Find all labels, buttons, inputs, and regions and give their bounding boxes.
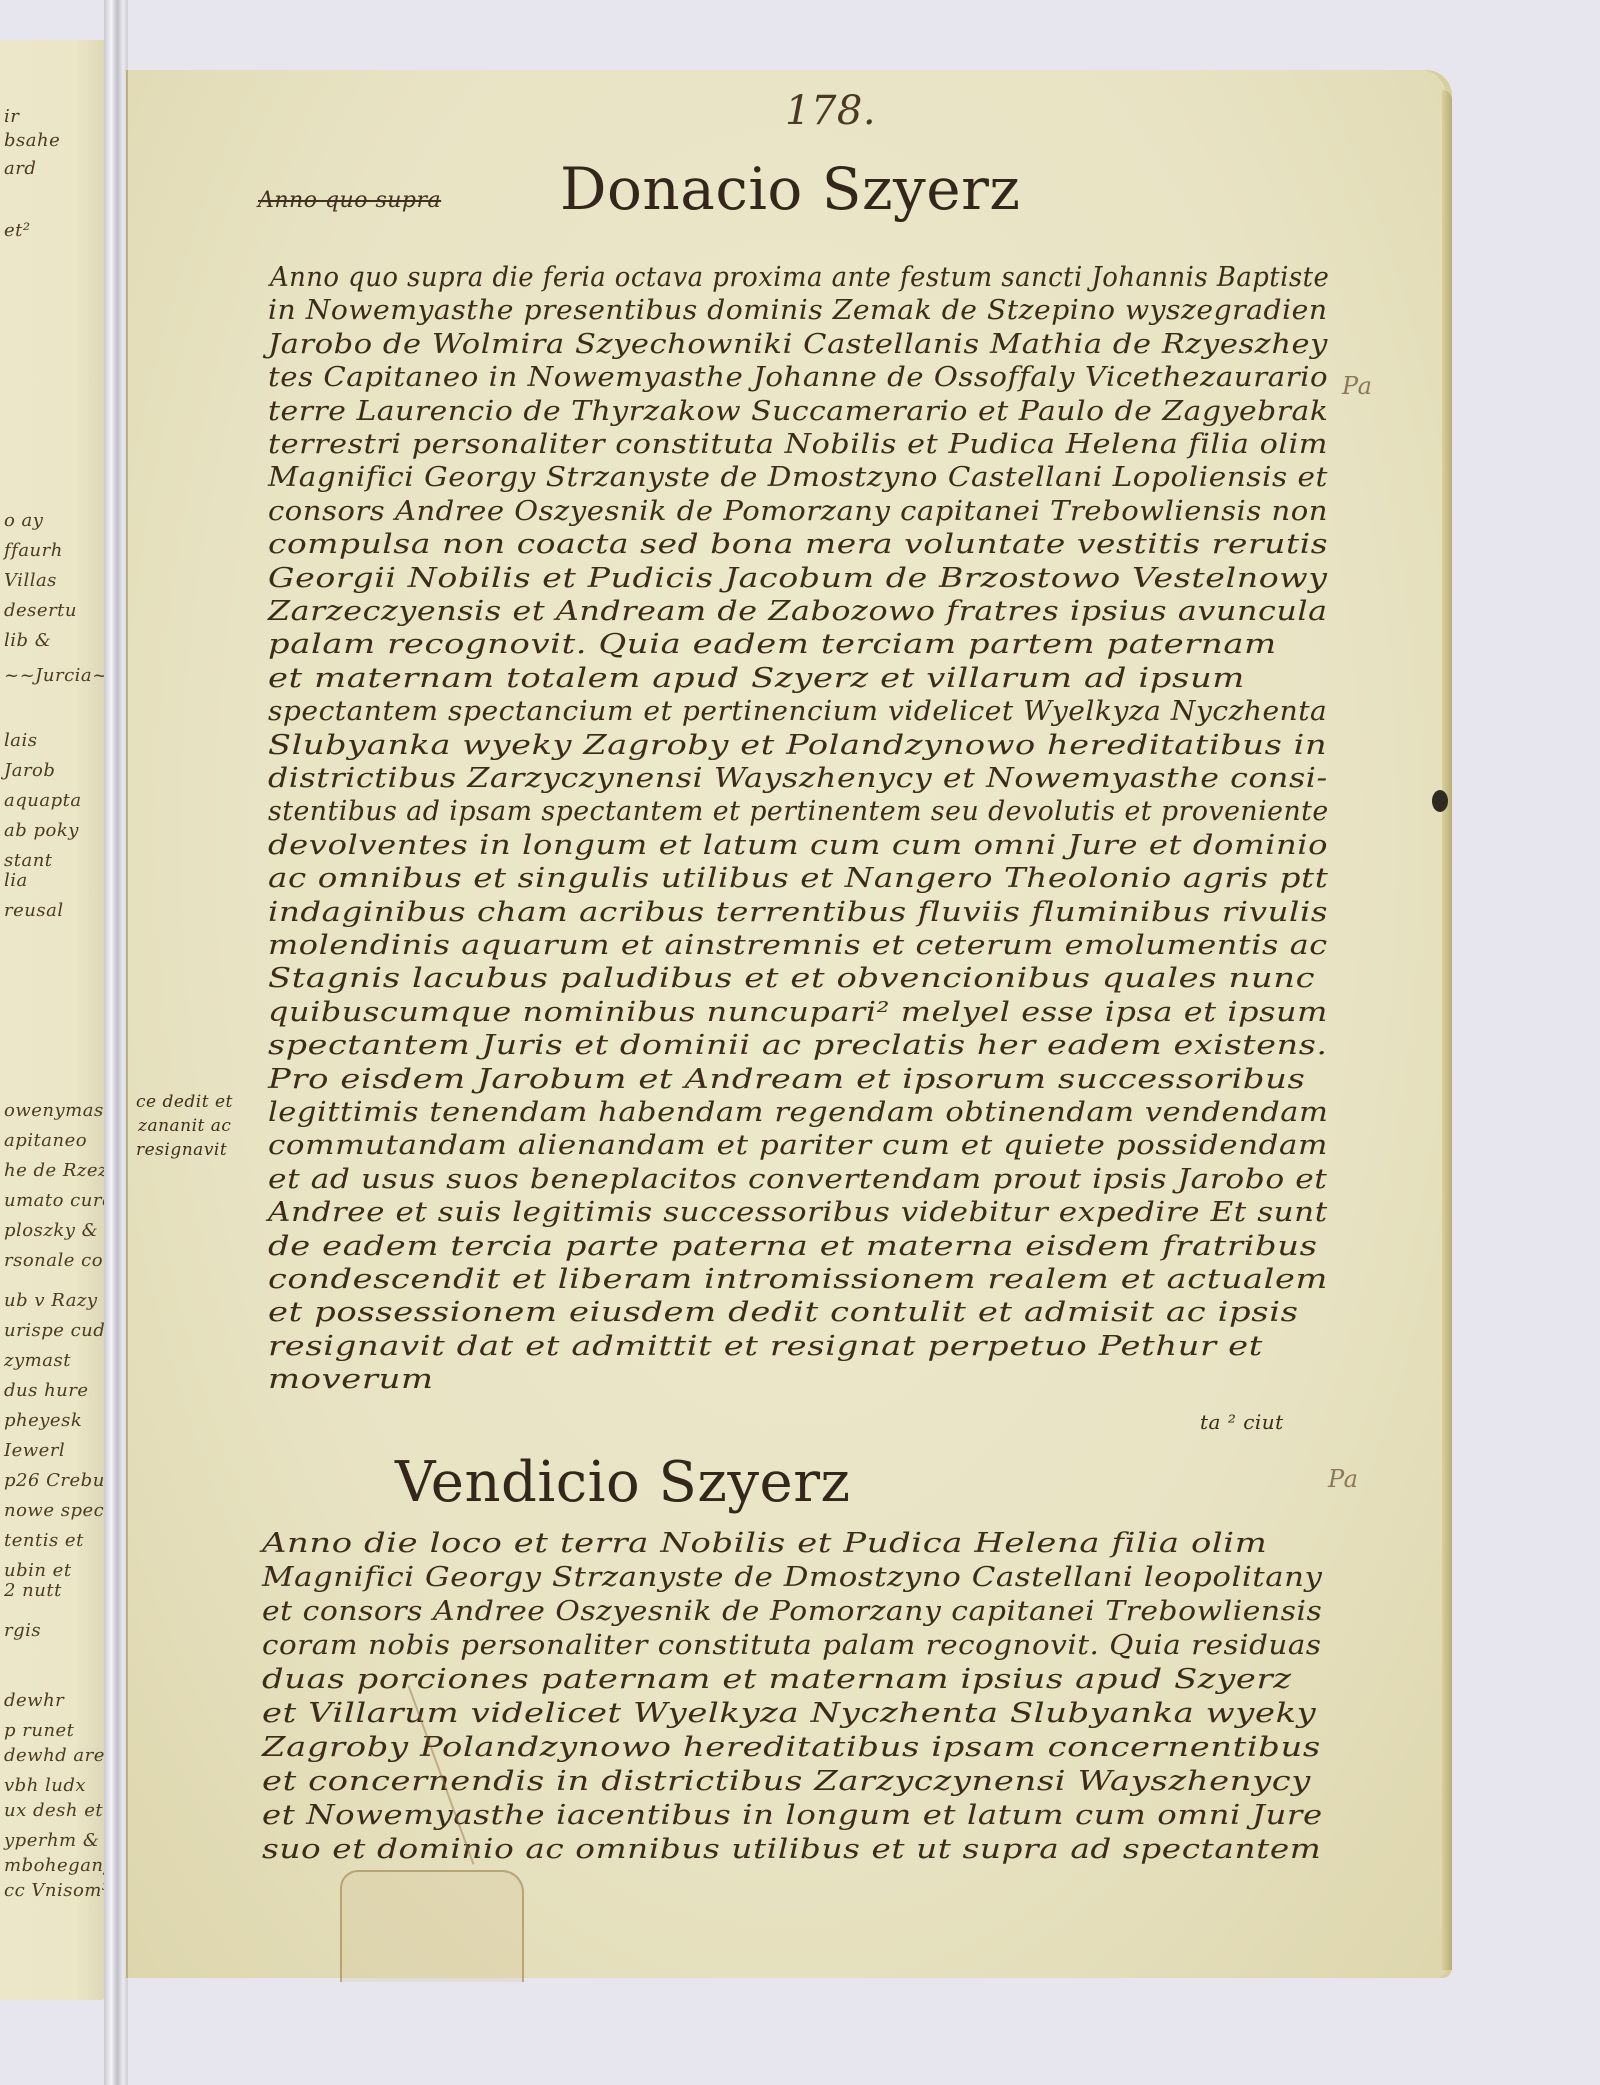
right-margin-mark-1: Pa — [1342, 372, 1372, 400]
left-page-margin-line: pheyesk — [4, 1410, 82, 1431]
left-page-margin-line: stant — [4, 850, 53, 871]
entry-1-line: Stagnis lacubus paludibus et et obvencio… — [268, 963, 1315, 994]
left-page-margin-line: umato cure — [4, 1190, 113, 1211]
margin-note-3: resignavit — [136, 1140, 227, 1160]
entry-1-line: compulsa non coacta sed bona mera volunt… — [268, 529, 1328, 560]
entry-1-line: Slubyanka wyeky Zagroby et Polandzynowo … — [268, 730, 1327, 761]
left-page-margin-line: Iewerl — [4, 1440, 65, 1461]
entry-1-line: molendinis aquarum et ainstremnis et cet… — [268, 930, 1328, 961]
left-page-margin-line: lib & — [4, 630, 51, 651]
left-page-margin-line: dewhr — [4, 1690, 64, 1711]
margin-note-2: zananit ac — [138, 1116, 231, 1136]
left-page-margin-line: p runet — [4, 1720, 74, 1741]
entry-1-line: condescendit et liberam intromissionem r… — [268, 1264, 1328, 1295]
left-page: irbsaheardet²o ayffaurhVillasdesertulib … — [0, 40, 108, 2000]
entry-1-line: et maternam totalem apud Szyerz et villa… — [268, 663, 1245, 694]
entry-1-line: in Nowemyasthe presentibus dominis Zemak… — [268, 295, 1327, 326]
left-page-margin-line: bsahe — [4, 130, 60, 151]
left-page-margin-line: reusal — [4, 900, 64, 921]
left-page-margin-line: cc Vnisom³⁰ — [4, 1880, 117, 1901]
entry-2-line: Magnifici Georgy Strzanyste de Dmostzyno… — [262, 1562, 1323, 1593]
left-page-margin-line: ub v Razy — [4, 1290, 98, 1311]
entry-1-line: quibuscumque nominibus nuncupari² melyel… — [268, 997, 1328, 1028]
left-page-margin-line: he de Rzeze — [4, 1160, 119, 1181]
left-page-margin-line: lia — [4, 870, 28, 891]
margin-note-1: ce dedit et — [136, 1092, 233, 1112]
left-page-margin-line: ard — [4, 158, 36, 179]
left-page-margin-line: ir — [4, 106, 19, 127]
entry-1-line: districtibus Zarzyczynensi Wayszhenycy e… — [268, 763, 1328, 794]
entry-1-line: Jarobo de Wolmira Szyechowniki Castellan… — [268, 329, 1328, 360]
left-page-margin-line: rgis — [4, 1620, 41, 1641]
left-page-margin-line: Villas — [4, 570, 57, 591]
entry-1-line: indaginibus cham acribus terrentibus flu… — [268, 897, 1328, 928]
entry-2-line: Zagroby Polandzynowo hereditatibus ipsam… — [262, 1732, 1321, 1763]
left-page-margin-line: ploszky & — [4, 1220, 98, 1241]
entry-1-line: terrestri personaliter constituta Nobili… — [268, 429, 1328, 460]
folio-number: 178. — [785, 88, 876, 134]
left-page-margin-line: ubin et — [4, 1560, 72, 1581]
entry-2-line: duas porciones paternam et maternam ipsi… — [262, 1664, 1292, 1695]
left-page-margin-line: tentis et — [4, 1530, 84, 1551]
entry-1-line: Anno quo supra die feria octava proxima … — [270, 262, 1329, 293]
entry-2-line: Anno die loco et terra Nobilis et Pudica… — [262, 1528, 1267, 1559]
entry-2-line: et concernendis in districtibus Zarzyczy… — [262, 1766, 1311, 1797]
left-page-margin-line: vbh ludx — [4, 1775, 86, 1796]
entry-1-line: et ad usus suos beneplacitos convertenda… — [268, 1164, 1327, 1195]
entry-2-line: et consors Andree Oszyesnik de Pomorzany… — [262, 1596, 1322, 1627]
entry-2-line: coram nobis personaliter constituta pala… — [262, 1630, 1321, 1661]
entry-1-line: et possessionem eiusdem dedit contulit e… — [268, 1297, 1299, 1328]
entry-1-line: consors Andree Oszyesnik de Pomorzany ca… — [268, 496, 1328, 527]
left-page-margin-line: o ay — [4, 510, 43, 531]
left-page-margin-line: p26 Crebut — [4, 1470, 113, 1491]
left-page-margin-line: mbohegany — [4, 1855, 114, 1876]
entry-1-line: commutandam alienandam et pariter cum et… — [268, 1130, 1328, 1161]
entry-1-line: Magnifici Georgy Strzanyste de Dmostzyno… — [268, 462, 1328, 493]
left-page-margin-line: aquapta — [4, 790, 82, 811]
left-page-margin-line: 2 nutt — [4, 1580, 62, 1601]
entry-1-line: stentibus ad ipsam spectantem et pertine… — [268, 796, 1329, 827]
left-page-margin-line: urispe cud — [4, 1320, 105, 1341]
entry-heading-vendicio: Vendicio Szyerz — [395, 1450, 850, 1515]
entry-1-line: de eadem tercia parte paterna et materna… — [268, 1231, 1318, 1262]
entry-1-line: Pro eisdem Jarobum et Andream et ipsorum… — [268, 1064, 1305, 1095]
entry-heading-donacio: Donacio Szyerz — [560, 155, 1020, 223]
entry-1-line: terre Laurencio de Thyrzakow Succamerari… — [268, 396, 1328, 427]
left-page-margin-line: et² — [4, 220, 31, 241]
entry-1-line: palam recognovit. Quia eadem terciam par… — [268, 629, 1277, 660]
left-page-margin-line: desertu — [4, 600, 77, 621]
struck-heading-prefix: Anno quo supra — [258, 188, 441, 213]
entry-1-line: resignavit dat et admittit et resignat p… — [268, 1331, 1263, 1362]
entry-2-line: et Villarum videlicet Wyelkyza Nyczhenta… — [262, 1698, 1316, 1729]
left-page-margin-line: dewhd ared — [4, 1745, 117, 1766]
entry-1-line: spectantem Juris et dominii ac preclatis… — [268, 1030, 1328, 1061]
left-page-margin-line: lais — [4, 730, 37, 751]
left-page-margin-line: yperhm & — [4, 1830, 99, 1851]
entry-1-line: ac omnibus et singulis utilibus et Nange… — [268, 863, 1328, 894]
entry-1-line: tes Capitaneo in Nowemyasthe Johanne de … — [268, 362, 1328, 393]
entry-1-line: legittimis tenendam habendam regendam ob… — [268, 1097, 1328, 1128]
left-page-margin-line: ab poky — [4, 820, 79, 841]
entry-1-line: devolventes in longum et latum cum cum o… — [268, 830, 1328, 861]
entry-1-line: moverum — [268, 1364, 434, 1395]
left-page-margin-line: Jarob — [4, 760, 55, 781]
entry-1-line: Zarzeczyensis et Andream de Zabozowo fra… — [268, 596, 1328, 627]
entry-1-line: spectantem spectancium et pertinencium v… — [268, 696, 1327, 727]
entry-2-line: et Nowemyasthe iacentibus in longum et l… — [262, 1800, 1323, 1831]
right-margin-mark-2: Pa — [1328, 1465, 1358, 1493]
left-page-margin-line: ffaurh — [4, 540, 63, 561]
entry-1-line: Andree et suis legitimis successoribus v… — [268, 1197, 1328, 1228]
left-page-margin-line: zymast — [4, 1350, 71, 1371]
left-page-margin-line: apitaneo — [4, 1130, 87, 1151]
water-stain — [340, 1870, 524, 1982]
ink-blot — [1432, 790, 1448, 812]
left-page-margin-line: ux desh et — [4, 1800, 103, 1821]
book-gutter — [104, 0, 128, 2085]
entry-1-line: Georgii Nobilis et Pudicis Jacobum de Br… — [268, 563, 1328, 594]
line-end-note: ta ² ciut — [1200, 1410, 1284, 1434]
entry-2-line: suo et dominio ac omnibus utilibus et ut… — [262, 1834, 1321, 1865]
left-page-margin-line: dus hure — [4, 1380, 89, 1401]
